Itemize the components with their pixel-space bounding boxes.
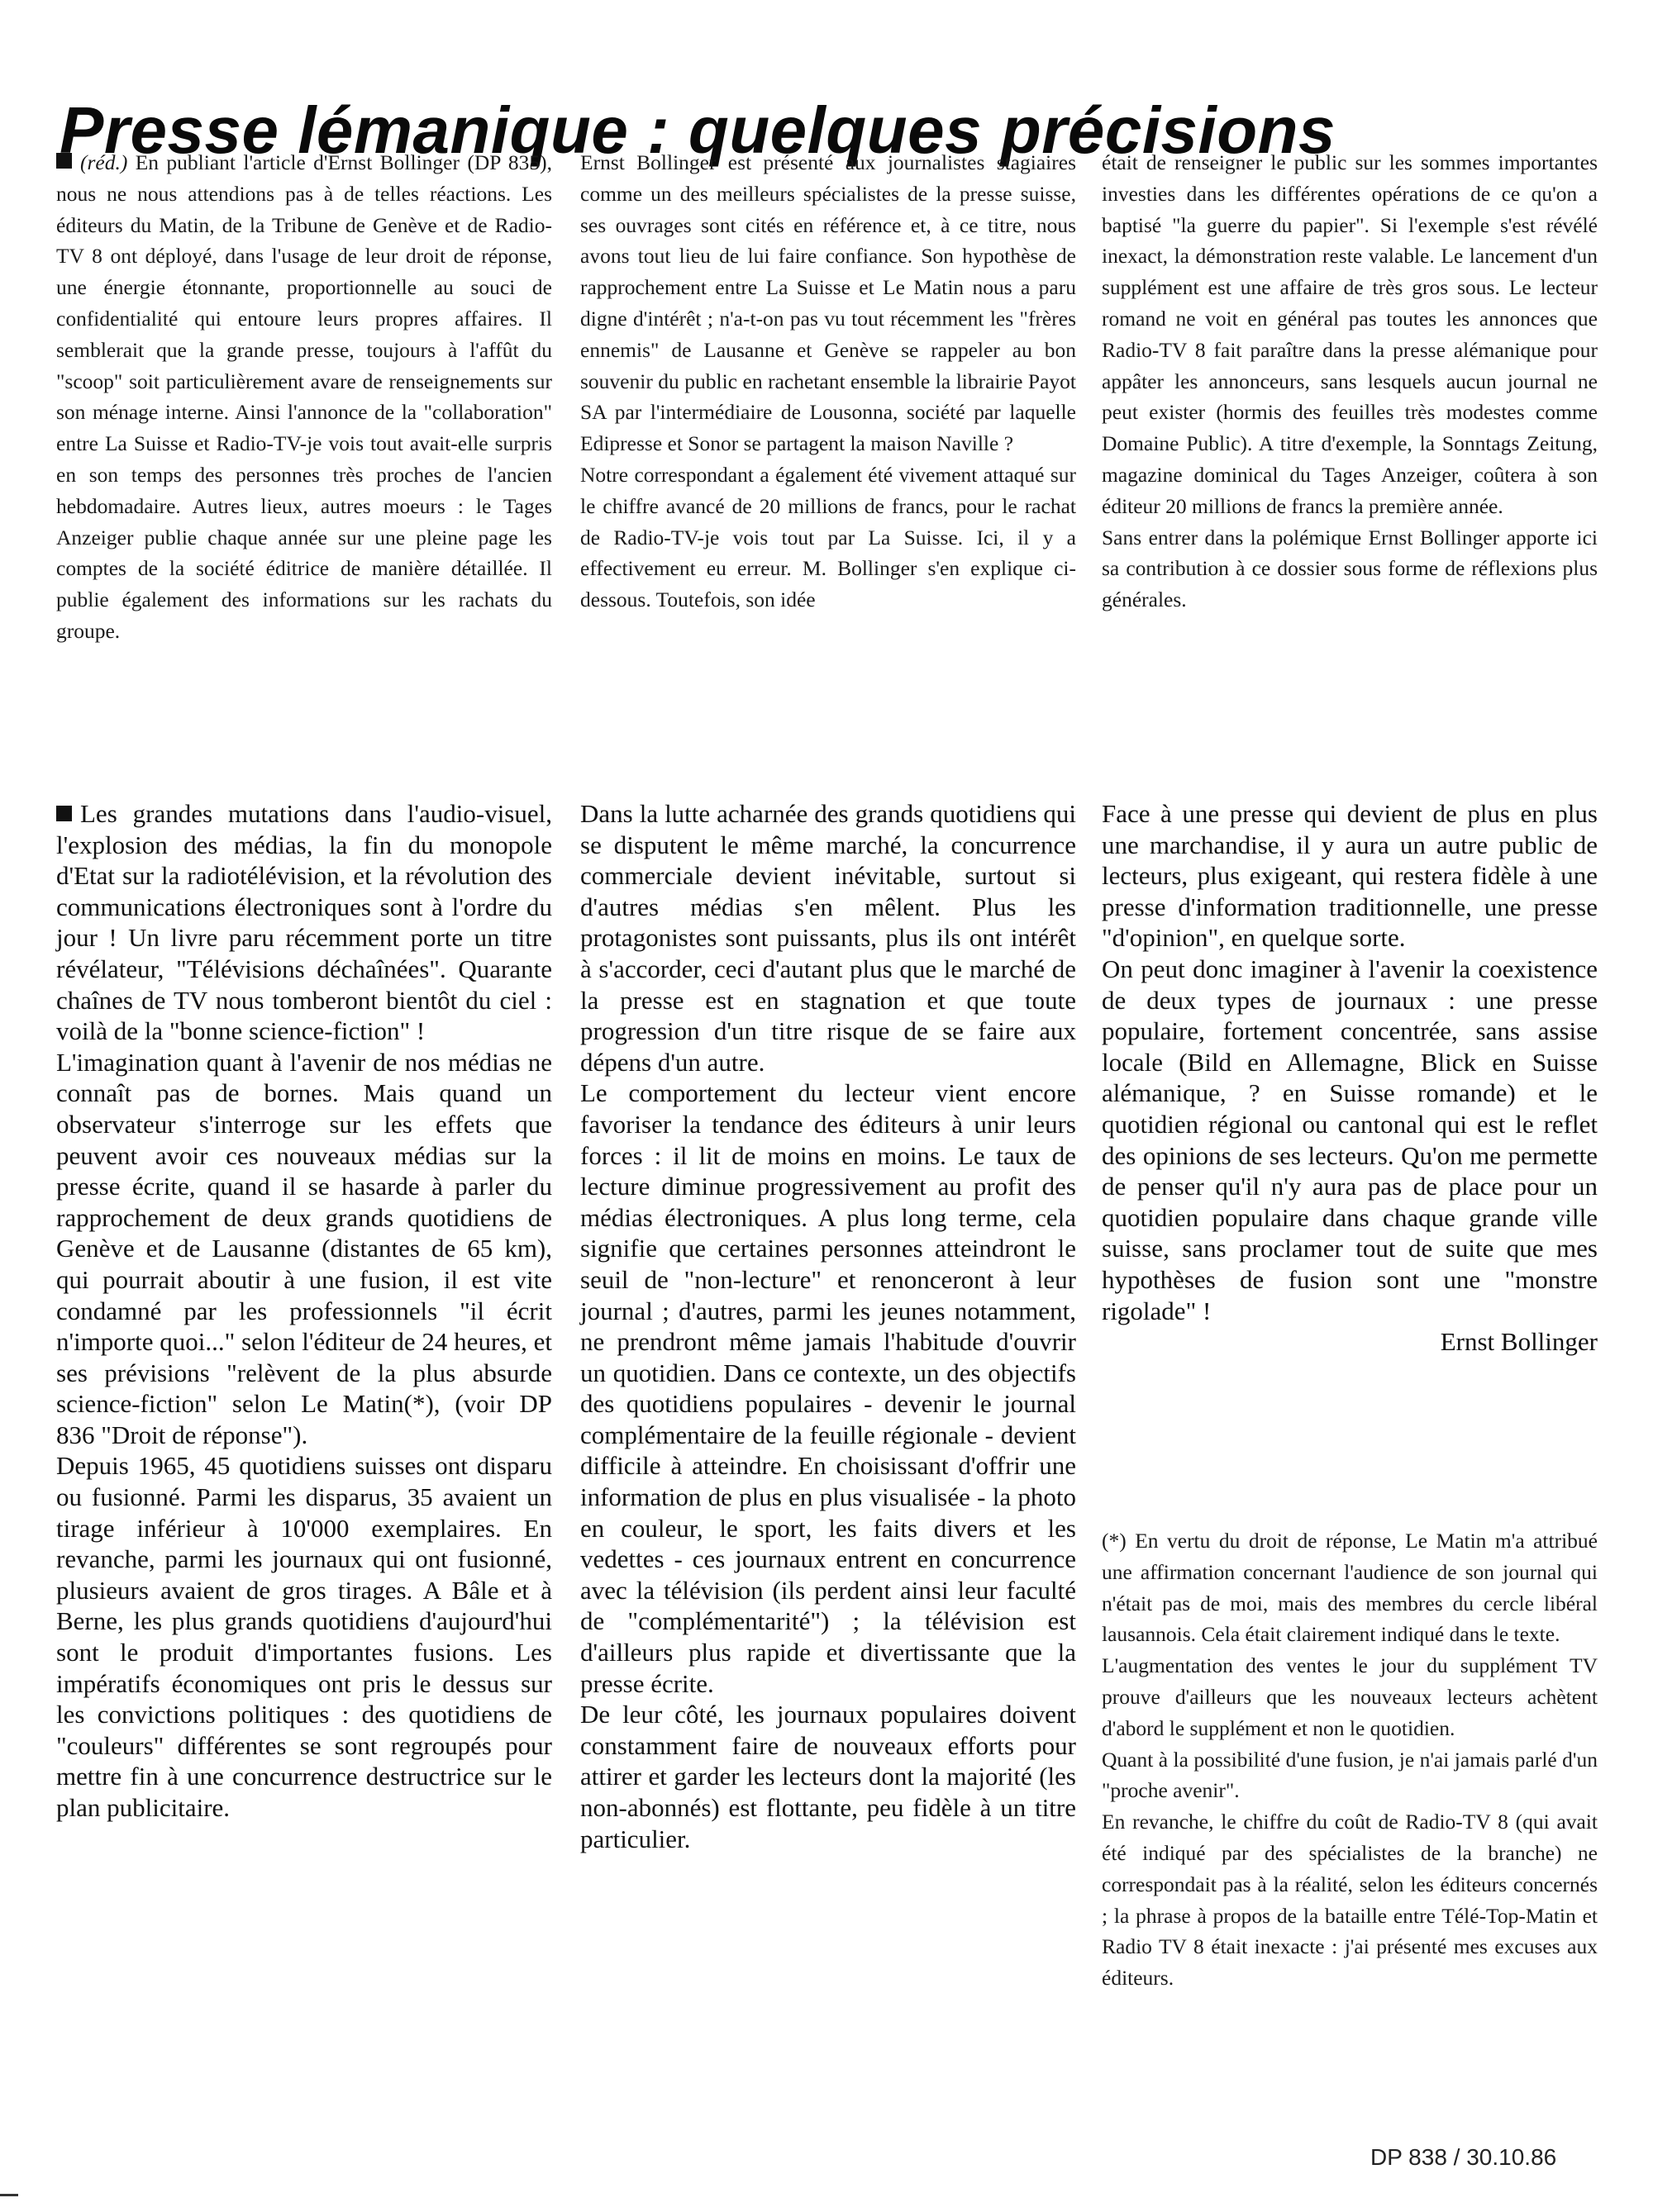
intro-paragraph: (réd.) En publiant l'article d'Ernst Bol… <box>56 147 552 647</box>
article-paragraph: Dans la lutte acharnée des grands quotid… <box>580 798 1076 1077</box>
intro-paragraph: était de renseigner le public sur les so… <box>1102 147 1598 522</box>
intro-paragraph: Notre correspondant a également été vive… <box>580 459 1076 616</box>
article-paragraph: Face à une presse qui devient de plus en… <box>1102 798 1598 954</box>
article-column-3: Face à une presse qui devient de plus en… <box>1102 798 1598 1358</box>
issue-footer: DP 838 / 30.10.86 <box>1370 2144 1556 2171</box>
author-signature: Ernst Bollinger <box>1102 1326 1598 1358</box>
intro-paragraph: Ernst Bollinger est présenté aux journal… <box>580 147 1076 459</box>
footnote-paragraph: Quant à la possibilité d'une fusion, je … <box>1102 1744 1598 1807</box>
footnote-paragraph: En revanche, le chiffre du coût de Radio… <box>1102 1806 1598 1994</box>
article-paragraph: On peut donc imaginer à l'avenir la coex… <box>1102 954 1598 1326</box>
page-corner-mark <box>0 2194 18 2196</box>
article-paragraph: Depuis 1965, 45 quotidiens suisses ont d… <box>56 1450 552 1823</box>
footnote-paragraph: (*) En vertu du droit de réponse, Le Mat… <box>1102 1525 1598 1650</box>
article-paragraph: Les grandes mutations dans l'audio-visue… <box>56 798 552 1047</box>
article-paragraph: Le comportement du lecteur vient encore … <box>580 1077 1076 1699</box>
article-paragraph: L'imagination quant à l'avenir de nos mé… <box>56 1047 552 1451</box>
intro-column-1: (réd.) En publiant l'article d'Ernst Bol… <box>56 147 552 647</box>
article-column-2: Dans la lutte acharnée des grands quotid… <box>580 798 1076 1854</box>
section-marker-square-icon <box>56 153 72 169</box>
intro-column-2: Ernst Bollinger est présenté aux journal… <box>580 147 1076 616</box>
editorial-tag: (réd.) <box>80 150 127 174</box>
footnote-paragraph: L'augmentation des ventes le jour du sup… <box>1102 1650 1598 1743</box>
section-marker-square-icon <box>56 806 72 821</box>
footnote-block: (*) En vertu du droit de réponse, Le Mat… <box>1102 1525 1598 1994</box>
article-paragraph: De leur côté, les journaux populaires do… <box>580 1699 1076 1854</box>
intro-column-3: était de renseigner le public sur les so… <box>1102 147 1598 616</box>
intro-paragraph: Sans entrer dans la polémique Ernst Boll… <box>1102 522 1598 616</box>
article-column-1: Les grandes mutations dans l'audio-visue… <box>56 798 552 1824</box>
